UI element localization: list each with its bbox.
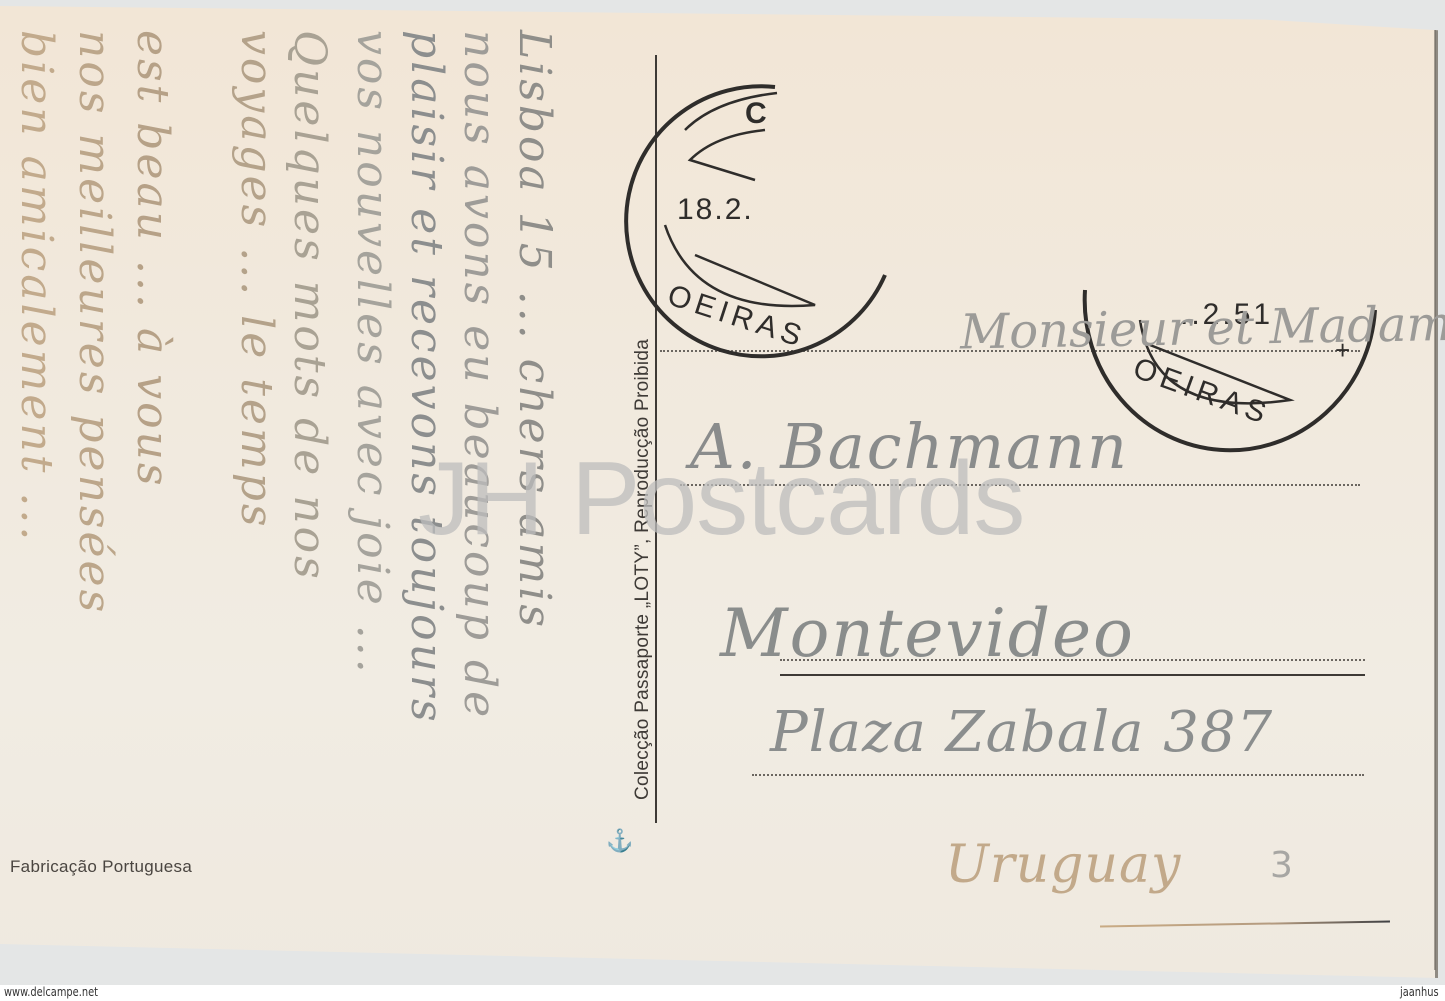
message-line: bien amicalement ... [11,30,62,543]
anchor-icon: ⚓ [606,828,633,854]
address-salutation: Monsieur et Madame [960,295,1445,360]
watermark: JH Postcards [418,440,1024,559]
pencil-note-number: 3 [1270,845,1293,886]
postmark-date: 18.2. [677,193,754,227]
message-line: vos nouvelles avec joie ... [347,30,398,676]
postmark-oeiras-1: C 18.2. OEIRAS [605,75,895,380]
message-line: est beau ... à vous [127,30,178,488]
address-city: Montevideo [720,595,1135,672]
footer-seller-name: jaanhus [1400,985,1439,999]
postcard-edge [1434,30,1436,970]
address-line-4 [752,774,1364,776]
manufacture-imprint: Fabricação Portuguesa [10,857,192,877]
address-country: Uruguay [945,835,1181,895]
publisher-imprint: Colecção Passaporte „LOTY”, Reproducção … [632,339,654,800]
message-line: voyages ... le temps [231,30,282,529]
address-underline [780,674,1365,676]
address-street: Plaza Zabala 387 [770,700,1273,765]
message-line: Quelques mots de nos [284,30,335,582]
postmark-code: C [745,97,767,131]
message-line: nous avons eu beaucoup de [454,30,505,720]
message-line: plaisir et recevons toujours [401,30,452,725]
message-line: nos meilleures pensées [69,30,120,615]
footer-source-link[interactable]: www.delcampe.net [4,985,98,999]
